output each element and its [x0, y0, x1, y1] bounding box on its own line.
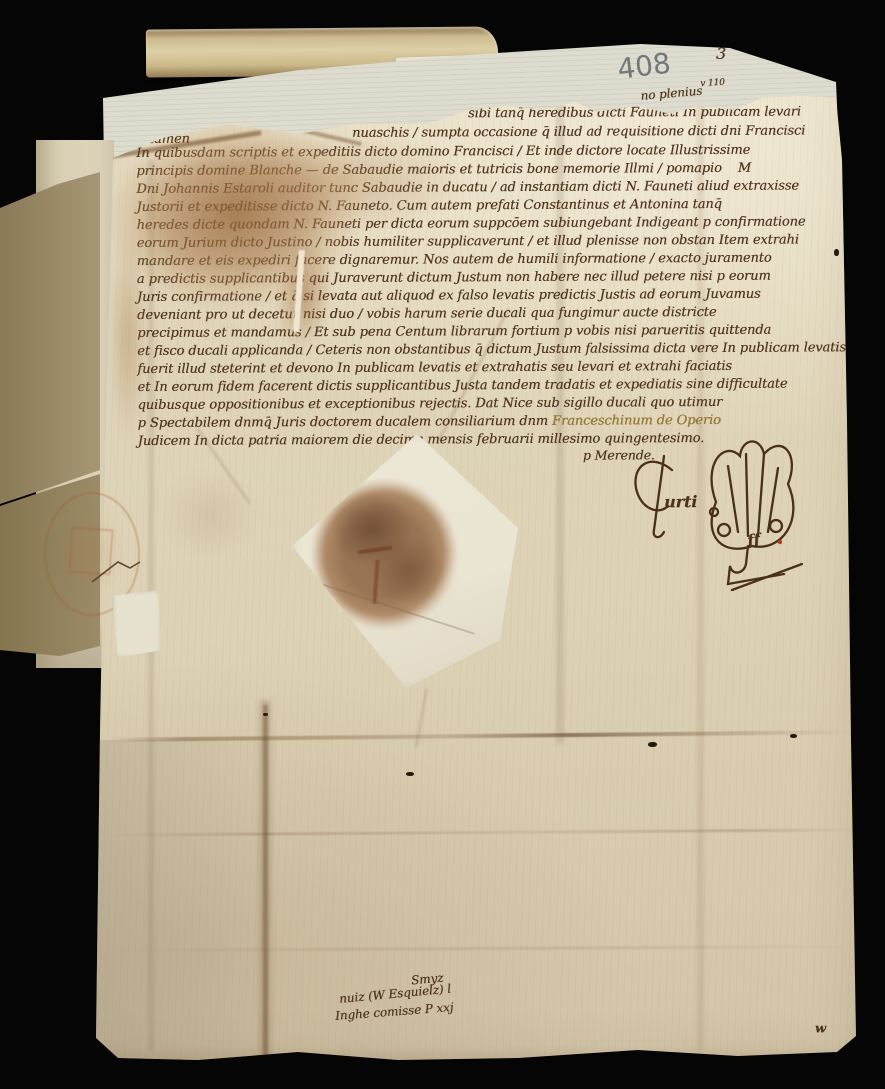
photo-stage: 4083 (9ocohunsibi tanq̄ heredibus dicti …	[0, 0, 885, 1089]
top-gap-annotations: v 110no plenius	[0, 0, 885, 1089]
content-note: no plenius	[640, 85, 703, 102]
folio-note: v 110	[700, 79, 725, 89]
